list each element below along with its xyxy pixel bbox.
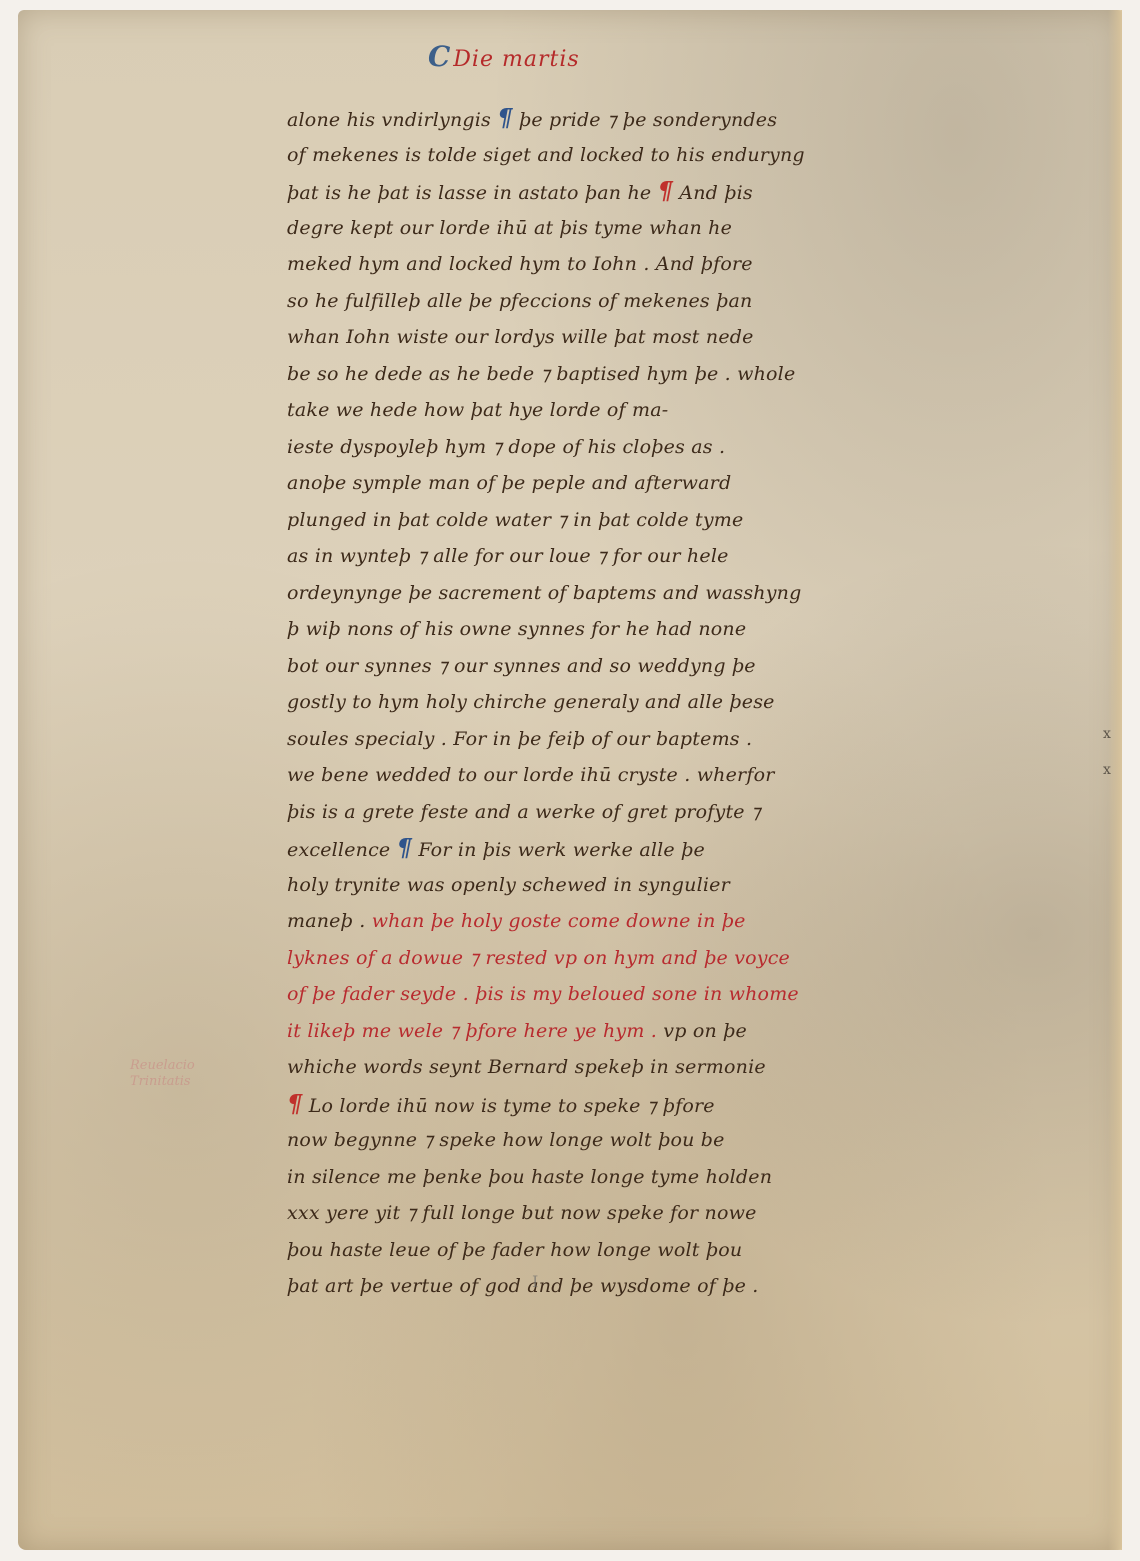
text-line: plunged in þat colde water ⁊ in þat cold… <box>287 502 967 539</box>
text-block: alone his vndirlyngis ¶ þe pride ⁊ þe so… <box>287 100 967 1305</box>
text-segment: þ wiþ nons of his owne synnes for he had… <box>287 618 746 640</box>
text-line: it likeþ me wele ⁊ þfore here ye hym . v… <box>287 1013 967 1050</box>
text-segment: meked hym and locked hym to Iohn . And þ… <box>287 253 753 275</box>
text-segment: þis is a grete feste and a werke of gret… <box>287 801 761 823</box>
text-line: of mekenes is tolde siget and locked to … <box>287 137 967 174</box>
text-line: bot our synnes ⁊ our synnes and so weddy… <box>287 648 967 685</box>
text-segment: whiche words seynt Bernard spekeþ in ser… <box>287 1056 766 1078</box>
text-segment: we bene wedded to our lorde ihū cryste .… <box>287 764 775 786</box>
text-line: whiche words seynt Bernard spekeþ in ser… <box>287 1049 967 1086</box>
text-line: þis is a grete feste and a werke of gret… <box>287 794 967 831</box>
text-segment: Lo lorde ihū now is tyme to speke ⁊ þfor… <box>302 1095 714 1117</box>
rubricated-text: of þe fader seyde . þis is my beloued so… <box>287 983 799 1005</box>
heading-initial: C <box>428 40 451 73</box>
text-line: degre kept our lorde ihū at þis tyme wha… <box>287 210 967 247</box>
text-line: of þe fader seyde . þis is my beloued so… <box>287 976 967 1013</box>
text-line: whan Iohn wiste our lordys wille þat mos… <box>287 319 967 356</box>
text-segment: þe pride ⁊ þe sonderyndes <box>513 109 777 131</box>
text-segment: þou haste leue of þe fader how longe wol… <box>287 1239 742 1261</box>
text-line: now begynne ⁊ speke how longe wolt þou b… <box>287 1122 967 1159</box>
text-segment: And þis <box>673 182 753 204</box>
text-line: in silence me þenke þou haste longe tyme… <box>287 1159 967 1196</box>
red-paraph-icon: ¶ <box>658 176 673 205</box>
text-line: ieste dyspoyleþ hym ⁊ dope of his cloþes… <box>287 429 967 466</box>
text-line: soules specialy . For in þe feiþ of our … <box>287 721 967 758</box>
rubricated-text: whan þe holy goste come downe in þe <box>372 910 746 932</box>
text-segment: so he fulfilleþ alle þe pfeccions of mek… <box>287 290 752 312</box>
text-segment: þat art þe vertue of god and þe wysdome … <box>287 1275 759 1297</box>
text-segment: gostly to hym holy chirche generaly and … <box>287 691 775 713</box>
text-line: be so he dede as he bede ⁊ baptised hym … <box>287 356 967 393</box>
running-heading: CDie martis <box>428 40 580 73</box>
margin-note: Reuelacio Trinitatis <box>130 1058 250 1090</box>
text-segment: holy trynite was openly schewed in syngu… <box>287 874 730 896</box>
text-segment: be so he dede as he bede ⁊ baptised hym … <box>287 363 795 385</box>
blue-paraph-icon: ¶ <box>497 103 512 132</box>
text-line: excellence ¶ For in þis werk werke alle … <box>287 830 967 867</box>
rubricated-text: lyknes of a dowue ⁊ rested vp on hym and… <box>287 947 790 969</box>
text-line: þat is he þat is lasse in astato þan he … <box>287 173 967 210</box>
text-segment: For in þis werk werke alle þe <box>412 839 705 861</box>
text-line: so he fulfilleþ alle þe pfeccions of mek… <box>287 283 967 320</box>
bottom-mark: I <box>532 1272 538 1291</box>
text-segment: degre kept our lorde ihū at þis tyme wha… <box>287 217 732 239</box>
text-segment: vp on þe <box>663 1020 747 1042</box>
text-segment: plunged in þat colde water ⁊ in þat cold… <box>287 509 743 531</box>
text-line: þ wiþ nons of his owne synnes for he had… <box>287 611 967 648</box>
text-segment: soules specialy . For in þe feiþ of our … <box>287 728 752 750</box>
text-line: þou haste leue of þe fader how longe wol… <box>287 1232 967 1269</box>
text-segment: maneþ . <box>287 910 372 932</box>
cross-mark: x <box>1103 752 1111 788</box>
text-segment: of mekenes is tolde siget and locked to … <box>287 144 805 166</box>
text-segment: þat is he þat is lasse in astato þan he <box>287 182 658 204</box>
red-paraph-icon: ¶ <box>287 1089 302 1118</box>
text-line: lyknes of a dowue ⁊ rested vp on hym and… <box>287 940 967 977</box>
blue-paraph-icon: ¶ <box>397 833 412 862</box>
text-line: anoþe symple man of þe peple and afterwa… <box>287 465 967 502</box>
text-segment: whan Iohn wiste our lordys wille þat mos… <box>287 326 754 348</box>
text-segment: excellence <box>287 839 397 861</box>
text-segment: ieste dyspoyleþ hym ⁊ dope of his cloþes… <box>287 436 725 458</box>
text-segment: anoþe symple man of þe peple and afterwa… <box>287 472 731 494</box>
text-line: as in wynteþ ⁊ alle for our loue ⁊ for o… <box>287 538 967 575</box>
text-line: we bene wedded to our lorde ihū cryste .… <box>287 757 967 794</box>
text-segment: alone his vndirlyngis <box>287 109 497 131</box>
text-segment: xxx yere yit ⁊ full longe but now speke … <box>287 1202 757 1224</box>
text-line: ¶ Lo lorde ihū now is tyme to speke ⁊ þf… <box>287 1086 967 1123</box>
right-margin-marks: x x <box>1103 716 1111 788</box>
text-line: gostly to hym holy chirche generaly and … <box>287 684 967 721</box>
text-segment: in silence me þenke þou haste longe tyme… <box>287 1166 772 1188</box>
text-line: meked hym and locked hym to Iohn . And þ… <box>287 246 967 283</box>
text-line: alone his vndirlyngis ¶ þe pride ⁊ þe so… <box>287 100 967 137</box>
text-line: take we hede how þat hye lorde of ma- <box>287 392 967 429</box>
text-segment: ordeynynge þe sacrement of baptems and w… <box>287 582 801 604</box>
text-line: maneþ . whan þe holy goste come downe in… <box>287 903 967 940</box>
heading-text: Die martis <box>453 47 579 72</box>
text-segment: as in wynteþ ⁊ alle for our loue ⁊ for o… <box>287 545 729 567</box>
rubricated-text: it likeþ me wele ⁊ þfore here ye hym . <box>287 1020 663 1042</box>
text-line: holy trynite was openly schewed in syngu… <box>287 867 967 904</box>
text-line: ordeynynge þe sacrement of baptems and w… <box>287 575 967 612</box>
text-segment: take we hede how þat hye lorde of ma- <box>287 399 668 421</box>
text-segment: bot our synnes ⁊ our synnes and so weddy… <box>287 655 756 677</box>
cross-mark: x <box>1103 716 1111 752</box>
text-segment: now begynne ⁊ speke how longe wolt þou b… <box>287 1129 725 1151</box>
text-line: þat art þe vertue of god and þe wysdome … <box>287 1268 967 1305</box>
text-line: xxx yere yit ⁊ full longe but now speke … <box>287 1195 967 1232</box>
